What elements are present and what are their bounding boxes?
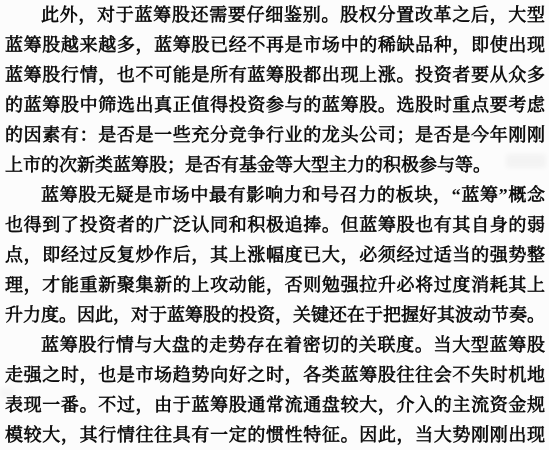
text-line: 蓝筹股行情与大盘的走势存在着密切的关联度。当大型蓝筹股 — [5, 330, 545, 360]
text-line: 的蓝筹股中筛选出真正值得投资参与的蓝筹股。选股时重点要考虑 — [5, 90, 545, 120]
text-line: 蓝筹股越来越多，蓝筹股已经不再是市场中的稀缺品种，即使出现 — [5, 30, 545, 60]
text-line: 理，才能重新聚集新的上攻动能，否则勉强拉升必将过度消耗其上 — [5, 270, 545, 300]
text-line: 也得到了投资者的广泛认同和积极追捧。但蓝筹股也有其自身的弱 — [5, 210, 545, 240]
book-page: 此外，对于蓝筹股还需要仔细鉴别。股权分置改革之后，大型 蓝筹股越来越多，蓝筹股已… — [0, 0, 549, 450]
text-line: 表现一番。不过，由于蓝筹股通常流通盘较大，介入的主流资金规 — [5, 390, 545, 420]
text-line: 上市的次新类蓝筹股；是否有基金等大型主力的积极参与等。 — [5, 150, 545, 180]
text-line: 蓝筹股行情，也不可能是所有蓝筹股都出现上涨。投资者要从众多 — [5, 60, 545, 90]
text-line: 点，即经过反复炒作后，其上涨幅度已大，必须经过适当的强势整 — [5, 240, 545, 270]
text-line: 模较大，其行情往往具有一定的惯性特征。因此，当大势刚刚出现 — [5, 420, 545, 450]
text-line: 的因素有：是否是一些充分竞争行业的龙头公司；是否是今年刚刚 — [5, 120, 545, 150]
text-line: 升力度。因此，对于蓝筹股的投资，关键还在于把握好其波动节奏。 — [5, 300, 545, 330]
text-line: 此外，对于蓝筹股还需要仔细鉴别。股权分置改革之后，大型 — [5, 0, 545, 30]
text-line: 走强之时，也是市场趋势向好之时，各类蓝筹股往往会不失时机地 — [5, 360, 545, 390]
text-line: 蓝筹股无疑是市场中最有影响力和号召力的板块，“蓝筹”概念 — [5, 180, 545, 210]
